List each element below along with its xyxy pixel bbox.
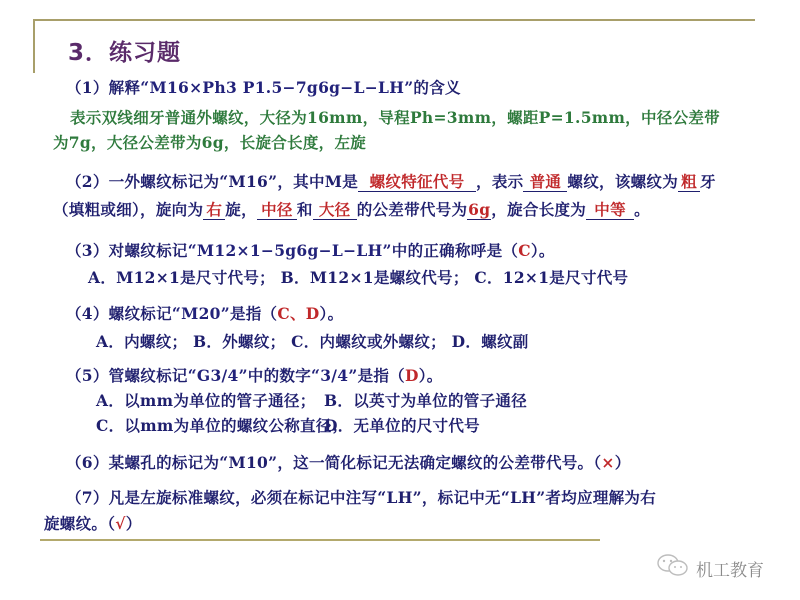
q1-answer-line-1: 表示双线细牙普通外螺纹，大径为16mm，导程Ph=3mm，螺距P=1.5mm，中… — [70, 106, 720, 128]
q4-code: “M20” — [172, 304, 230, 323]
question-4: （4）螺纹标记“M20”是指（C、D）。 — [66, 302, 343, 324]
q7-answer: √ — [115, 514, 126, 533]
q4-answer: C、D — [277, 304, 319, 323]
q2-text-3: 螺纹，该螺纹为 — [567, 172, 678, 191]
q5-answer: D — [405, 366, 419, 385]
q2-text-6: 旋， — [225, 200, 257, 219]
question-1: （1）解释“M16×Ph3 P1.5−7g6g−L−LH”的含义 — [66, 76, 461, 98]
q2-text-5: （填粗或细），旋向为 — [53, 200, 203, 219]
frame-bottom-border — [40, 539, 600, 541]
wechat-icon — [656, 553, 690, 584]
q5-option-a: A．以mm为单位的管子通径； — [96, 389, 316, 411]
page-title: 3．练习题 — [68, 34, 181, 67]
q5-end: ）。 — [419, 366, 443, 385]
q7-text: 旋螺纹。（ — [44, 514, 115, 533]
q1-suffix: 的含义 — [413, 78, 460, 97]
q2-text-10: 。 — [634, 200, 650, 219]
q5-mid-2: 是指（ — [358, 366, 405, 385]
q5-option-d: D．无单位的尺寸代号 — [324, 414, 480, 436]
question-6: （6）某螺孔的标记为“M10”，这一简化标记无法确定螺纹的公差带代号。（×） — [66, 451, 631, 473]
question-7-line-2: 旋螺纹。（√） — [44, 512, 142, 534]
q6-answer: × — [601, 453, 614, 472]
q4-options: A．内螺纹； B．外螺纹； C．内螺纹或外螺纹； D．螺纹副 — [96, 330, 529, 352]
q2-blank-1: 螺纹特征代号 — [358, 173, 476, 192]
q2-blank-7: 6g — [467, 201, 491, 220]
q3-prefix: （3）对螺纹标记 — [66, 241, 188, 260]
q6-end: ） — [615, 453, 631, 472]
q4-prefix: （4）螺纹标记 — [66, 304, 172, 323]
frame-left-border — [33, 19, 35, 73]
question-5: （5）管螺纹标记“G3/4”中的数字“3/4”是指（D）。 — [66, 364, 443, 386]
q7-end: ） — [126, 514, 142, 533]
watermark: 机工教育 — [656, 553, 764, 584]
q2-blank-5: 中径 — [257, 201, 297, 220]
q5-option-b: B．以英寸为单位的管子通径 — [324, 389, 527, 411]
question-3: （3）对螺纹标记“M12×1−5g6g−L−LH”中的正确称呼是（C）。 — [66, 239, 555, 261]
q1-prefix: （1）解释 — [66, 78, 140, 97]
question-2-line-2: （填粗或细），旋向为右旋，中径和大径的公差带代号为6g，旋合长度为中等。 — [53, 198, 650, 220]
q2-text-8: 的公差带代号为 — [357, 200, 468, 219]
frame-top-border — [33, 19, 755, 21]
q3-code: “M12×1−5g6g−L−LH” — [188, 241, 392, 260]
q5-prefix: （5）管螺纹标记 — [66, 366, 188, 385]
q5-code: “G3/4” — [188, 366, 248, 385]
q5-code-2: “3/4” — [311, 366, 358, 385]
q4-end: ）。 — [320, 304, 344, 323]
watermark-text: 机工教育 — [696, 556, 764, 581]
q2-blank-4: 右 — [203, 201, 225, 220]
q2-blank-6: 大径 — [313, 201, 357, 220]
q2-text-2: ，表示 — [476, 172, 523, 191]
q3-answer: C — [518, 241, 531, 260]
q4-mid: 是指（ — [230, 304, 277, 323]
q5-option-c: C．以mm为单位的螺纹公称直径； — [96, 414, 347, 436]
question-2-line-1: （2）一外螺纹标记为“M16”，其中M是螺纹特征代号，表示普通螺纹，该螺纹为粗牙 — [66, 170, 716, 192]
q2-text-4: 牙 — [700, 172, 716, 191]
q3-mid: 中的正确称呼是（ — [392, 241, 518, 260]
q5-mid-1: 中的数字 — [248, 366, 311, 385]
q2-blank-8: 中等 — [586, 201, 634, 220]
q2-text-7: 和 — [297, 200, 313, 219]
q3-options: A．M12×1是尺寸代号； B．M12×1是螺纹代号； C．12×1是尺寸代号 — [88, 266, 628, 288]
q6-text: （6）某螺孔的标记为“M10”，这一简化标记无法确定螺纹的公差带代号。（ — [66, 453, 601, 472]
q3-end: ）。 — [531, 241, 555, 260]
q2-blank-3: 粗 — [678, 173, 700, 192]
q2-text-9: ，旋合长度为 — [491, 200, 586, 219]
question-7-line-1: （7）凡是左旋标准螺纹，必须在标记中注写“LH”，标记中无“LH”者均应理解为右 — [66, 486, 656, 508]
q1-code: “M16×Ph3 P1.5−7g6g−L−LH” — [140, 78, 413, 97]
q2-text-1: （2）一外螺纹标记为“M16”，其中M是 — [66, 172, 358, 191]
q2-blank-2: 普通 — [523, 173, 567, 192]
q1-answer-line-2: 为7g，大径公差带为6g，长旋合长度，左旋 — [53, 131, 366, 153]
